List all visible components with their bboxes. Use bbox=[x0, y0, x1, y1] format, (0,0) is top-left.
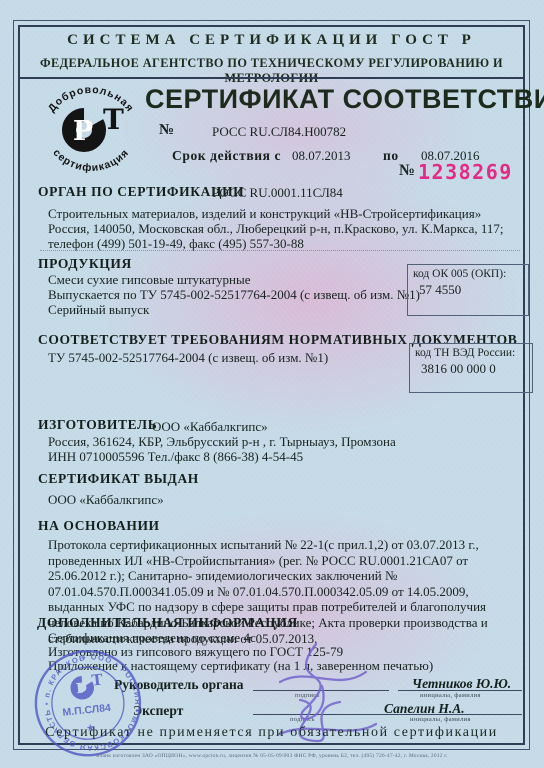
print-info: Бланк изготовлен ЗАО «ОПЦИОН», www.opcio… bbox=[60, 753, 484, 759]
cert-body-line1: Строительных материалов, изделий и конст… bbox=[48, 206, 481, 222]
product-line3: Серийный выпуск bbox=[48, 302, 149, 318]
cert-body-line2: Россия, 140050, Московская обл., Люберец… bbox=[48, 221, 504, 237]
logo-letter-t: Т bbox=[103, 103, 124, 136]
stamp-rst-mark: Р Т bbox=[73, 671, 105, 698]
validity-to-label: по bbox=[383, 148, 399, 164]
rst-logo-icon: Добровольная сертификация Р Т bbox=[40, 85, 142, 175]
expert-name-label: инициалы, фамилия bbox=[410, 716, 471, 723]
basis-label: НА ОСНОВАНИИ bbox=[38, 518, 160, 534]
tnved-code-value: 3816 00 000 0 bbox=[421, 361, 527, 377]
round-stamp: • ООО • РОССИЯ • МОСКОВСКАЯ ОБЛАСТЬ • п.… bbox=[24, 639, 156, 768]
issued-to-label: СЕРТИФИКАТ ВЫДАН bbox=[38, 471, 199, 487]
agency-title: ФЕДЕРАЛЬНОЕ АГЕНТСТВО ПО ТЕХНИЧЕСКОМУ РЕ… bbox=[20, 56, 523, 86]
manufacturer-label: ИЗГОТОВИТЕЛЬ bbox=[38, 417, 157, 433]
rst-logo: Добровольная сертификация Р Т bbox=[40, 85, 142, 175]
cert-number-label: № bbox=[159, 122, 174, 139]
svg-text:Р: Р bbox=[75, 680, 88, 697]
blank-number-label: № bbox=[399, 162, 415, 180]
okp-code-value: 57 4550 bbox=[419, 282, 523, 298]
conformity-line1: ТУ 5745-002-52517764-2004 (с извещ. об и… bbox=[48, 350, 328, 366]
stamp-ring-text: • ООО • РОССИЯ • МОСКОВСКАЯ ОБЛАСТЬ • п.… bbox=[24, 639, 147, 759]
okp-code-label: код ОК 005 (ОКП): bbox=[413, 268, 523, 280]
product-line1: Смеси сухие гипсовые штукатурные bbox=[48, 272, 251, 288]
manufacturer-name: ООО «Каббалкгипс» bbox=[152, 419, 268, 435]
additional-label: ДОПОЛНИТЕЛЬНАЯ ИНФОРМАЦИЯ bbox=[37, 615, 298, 631]
certificate-page: СИСТЕМА СЕРТИФИКАЦИИ ГОСТ Р ФЕДЕРАЛЬНОЕ … bbox=[0, 0, 544, 768]
validity-label: Срок действия с bbox=[172, 148, 281, 164]
validity-from: 08.07.2013 bbox=[292, 148, 351, 164]
cert-body-code: РОСС RU.0001.11СЛ84 bbox=[212, 185, 343, 201]
svg-text:• ООО • РОССИЯ • МОСКОВСКАЯ ОБ: • ООО • РОССИЯ • МОСКОВСКАЯ ОБЛАСТЬ • п.… bbox=[24, 639, 147, 759]
logo-letter-p: Р bbox=[73, 116, 93, 147]
product-label: ПРОДУКЦИЯ bbox=[38, 256, 132, 272]
okp-code-box: код ОК 005 (ОКП): 57 4550 bbox=[407, 264, 529, 316]
svg-text:Т: Т bbox=[91, 671, 105, 690]
manufacturer-line1: Россия, 361624, КБР, Эльбрусский р-н , г… bbox=[48, 434, 396, 450]
round-stamp-icon: • ООО • РОССИЯ • МОСКОВСКАЯ ОБЛАСТЬ • п.… bbox=[24, 639, 156, 768]
manufacturer-line2: ИНН 0710005596 Тел./факс 8 (866-38) 4-54… bbox=[48, 449, 303, 465]
issued-to-name: ООО «Каббалкгипс» bbox=[48, 492, 164, 508]
system-title: СИСТЕМА СЕРТИФИКАЦИИ ГОСТ Р bbox=[20, 32, 523, 49]
blank-number-value: 1238269 bbox=[418, 160, 513, 184]
tnved-code-label: код ТН ВЭД России: bbox=[415, 347, 527, 359]
cert-number-value: РОСС RU.СЛ84.H00782 bbox=[212, 124, 346, 140]
footer-note: Сертификат не применяется при обязательн… bbox=[20, 725, 523, 741]
product-line2: Выпускается по ТУ 5745-002-52517764-2004… bbox=[48, 287, 420, 303]
dotted-rule bbox=[40, 250, 520, 251]
header-divider bbox=[20, 77, 523, 79]
certificate-title: СЕРТИФИКАТ СООТВЕТСТВИЯ bbox=[145, 84, 525, 115]
stamp-center-text: М.П.СЛ84 bbox=[62, 702, 112, 719]
head-name-label: инициалы, фамилия bbox=[420, 692, 481, 699]
rst-mark: Р Т bbox=[69, 103, 124, 147]
tnved-code-box: код ТН ВЭД России: 3816 00 000 0 bbox=[409, 343, 533, 393]
